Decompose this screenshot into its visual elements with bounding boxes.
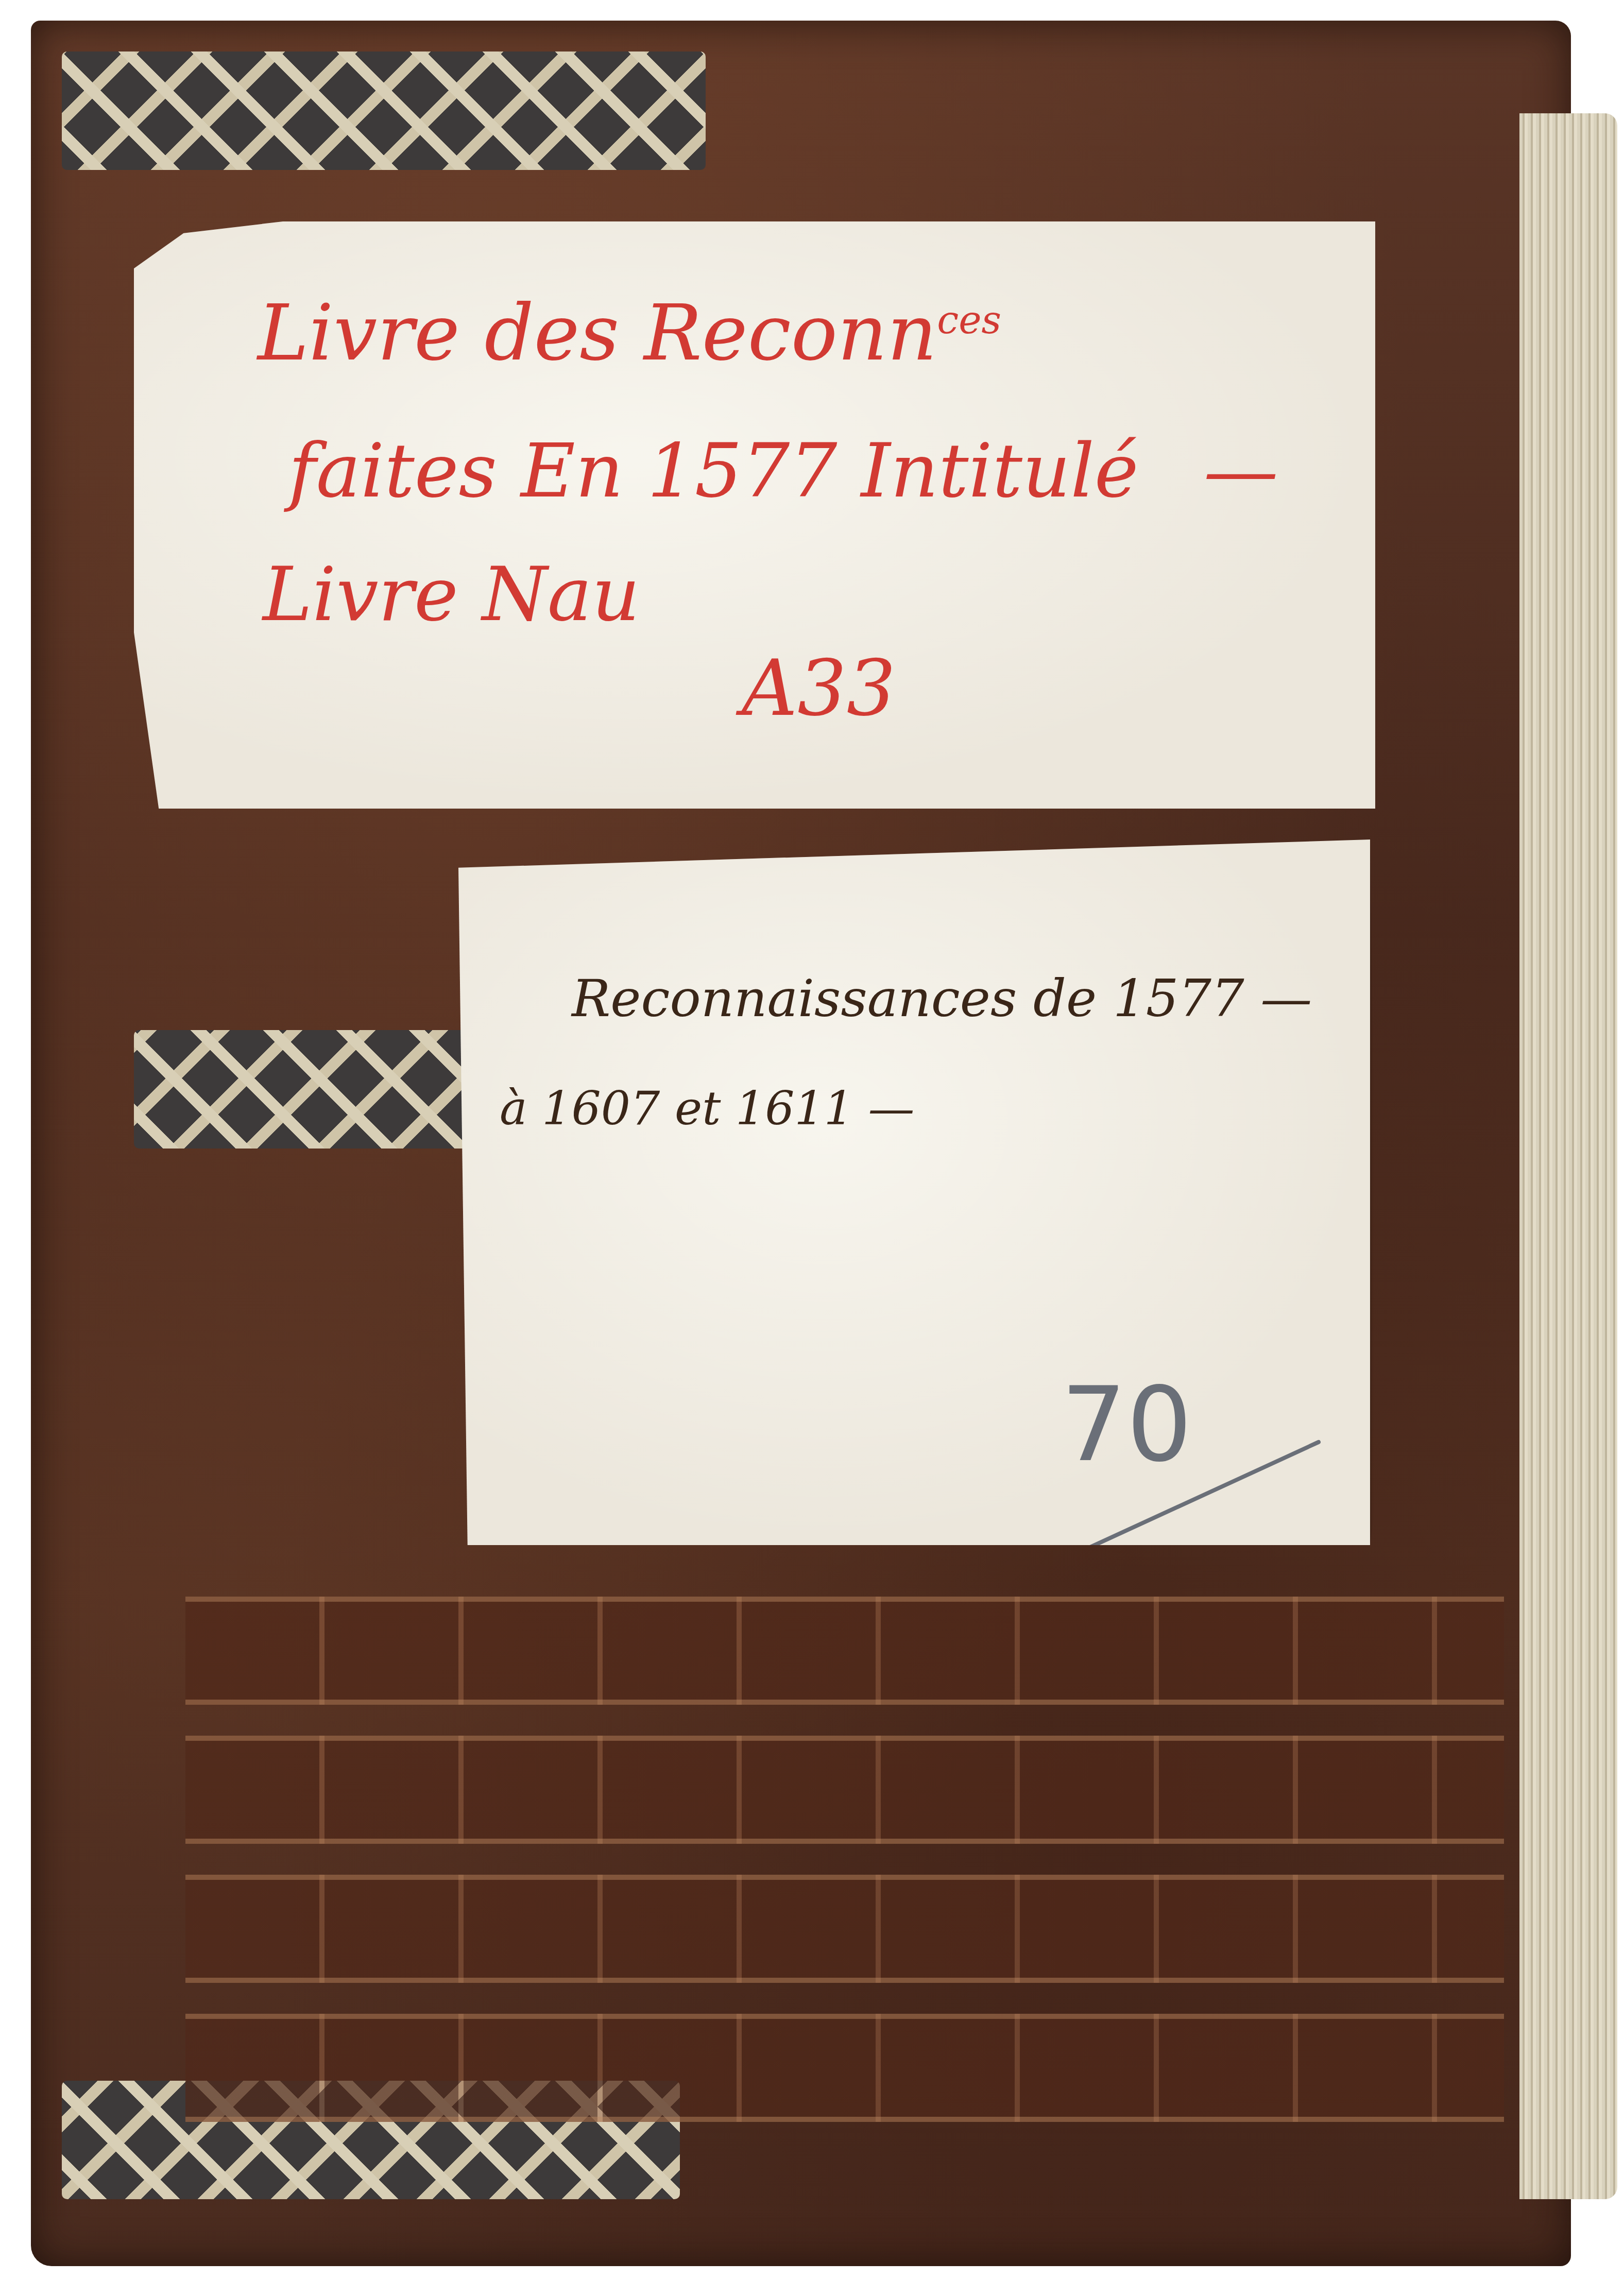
lacing-band-middle	[134, 1030, 505, 1149]
upper-label-line-3: Livre Nau	[263, 551, 640, 638]
tooled-border-row	[185, 1597, 1504, 1705]
tooled-border-row	[185, 1875, 1504, 1983]
lower-paper-label: Reconnaissances de 1577 — à 1607 et 1611…	[458, 839, 1370, 1545]
upper-label-line-1: Livre des Reconnces	[258, 288, 1001, 378]
tooled-border-row	[185, 1736, 1504, 1844]
shelfmark: A33	[742, 644, 896, 733]
tooled-border-row	[185, 2014, 1504, 2122]
upper-label-line-2: faites En 1577 Intitulé —	[288, 427, 1278, 515]
lower-label-line-1: Reconnaissances de 1577 —	[572, 968, 1312, 1029]
upper-paper-label: Livre des Reconnces faites En 1577 Intit…	[134, 221, 1375, 809]
lacing-band-top	[62, 52, 706, 170]
lower-label-line-2: à 1607 et 1611 —	[500, 1082, 915, 1136]
page-fore-edge	[1519, 113, 1617, 2199]
